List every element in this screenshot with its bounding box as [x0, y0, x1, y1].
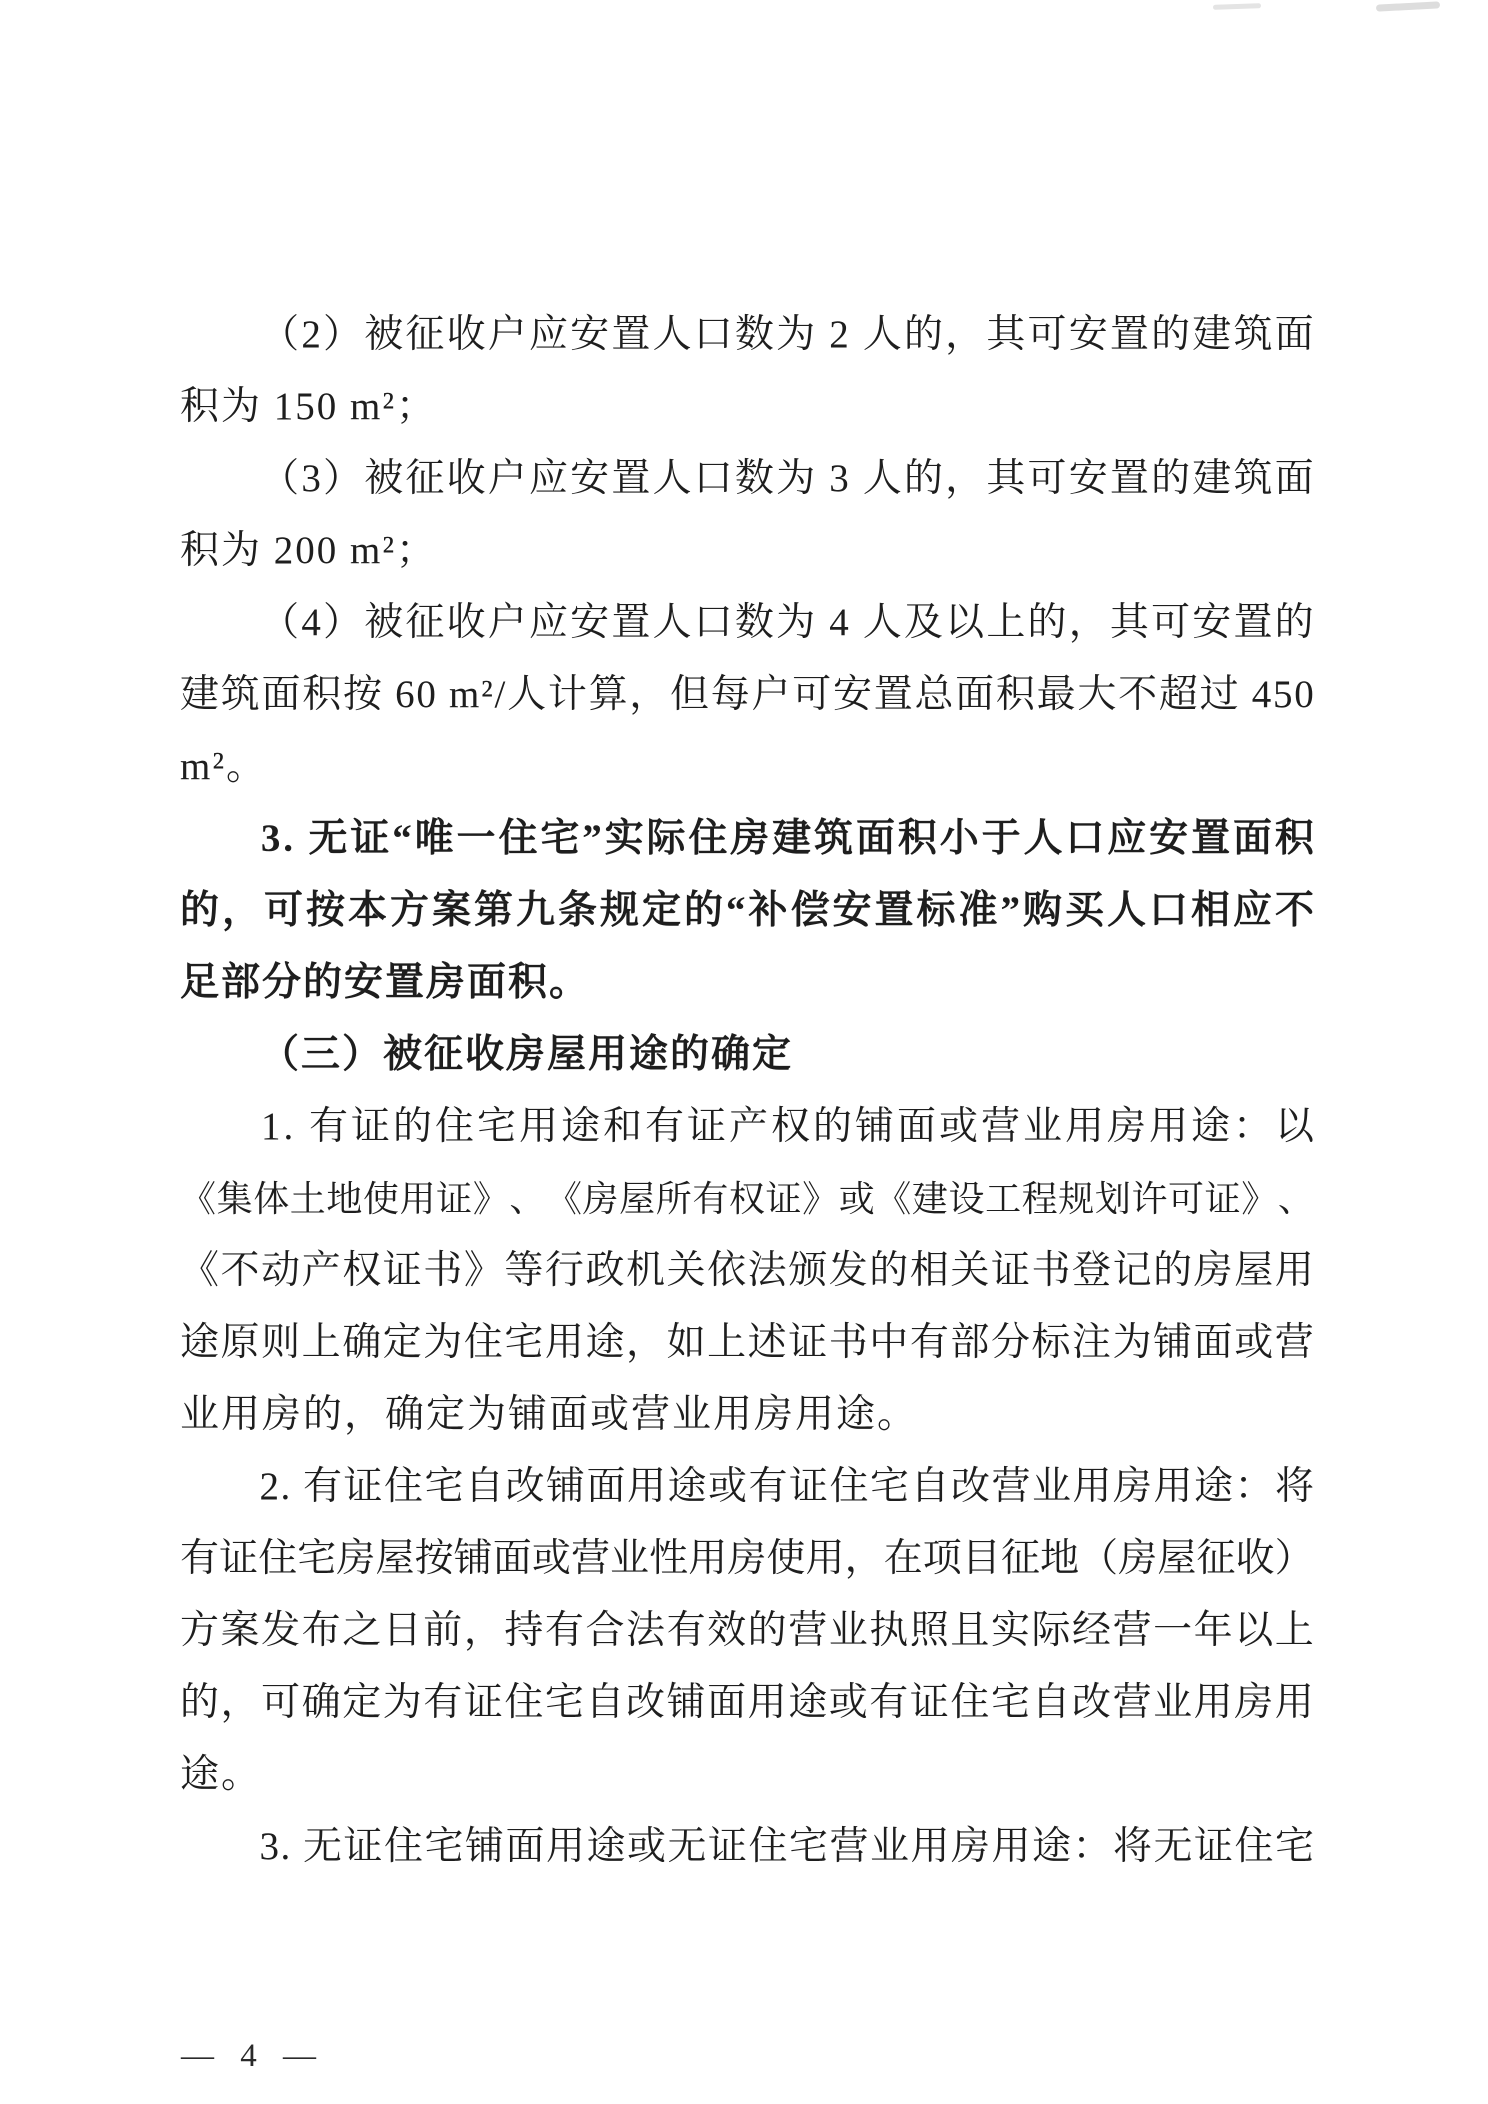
text-line: 有证住宅房屋按铺面或营业性用房使用，在项目征地（房屋征收）: [180, 1523, 1314, 1595]
text-line: 1. 有证的住宅用途和有证产权的铺面或营业用房用途：以: [180, 1091, 1314, 1163]
text-line: （4）被征收户应安置人口数为 4 人及以上的，其可安置的: [180, 587, 1314, 659]
text-line: 积为 150 m²；: [180, 371, 1314, 443]
text-line: 途原则上确定为住宅用途，如上述证书中有部分标注为铺面或营: [180, 1307, 1314, 1379]
text-line: 的，可按本方案第九条规定的“补偿安置标准”购买人口相应不: [180, 875, 1314, 947]
scan-smudge-icon: [1376, 1, 1440, 11]
text-line: 方案发布之日前，持有合法有效的营业执照且实际经营一年以上: [180, 1595, 1314, 1667]
text-line: 途。: [180, 1739, 1314, 1811]
text-line: （三）被征收房屋用途的确定: [180, 1019, 1314, 1091]
text-line: （2）被征收户应安置人口数为 2 人的，其可安置的建筑面: [180, 299, 1314, 371]
text-line: 积为 200 m²；: [180, 515, 1314, 587]
text-line: 3. 无证住宅铺面用途或无证住宅营业用房用途：将无证住宅: [180, 1811, 1314, 1883]
scan-smudge-icon: [1213, 3, 1261, 10]
text-line: 2. 有证住宅自改铺面用途或有证住宅自改营业用房用途：将: [180, 1451, 1314, 1523]
text-line: （3）被征收户应安置人口数为 3 人的，其可安置的建筑面: [180, 443, 1314, 515]
text-line: 《不动产权证书》等行政机关依法颁发的相关证书登记的房屋用: [180, 1235, 1314, 1307]
text-line: m²。: [180, 731, 1314, 803]
page-number: — 4 —: [181, 2030, 321, 2082]
text-line: 建筑面积按 60 m²/人计算，但每户可安置总面积最大不超过 450: [180, 659, 1314, 731]
text-block: （2）被征收户应安置人口数为 2 人的，其可安置的建筑面积为 150 m²；（3…: [180, 299, 1314, 1883]
text-line: 足部分的安置房面积。: [180, 947, 1314, 1019]
document-page: （2）被征收户应安置人口数为 2 人的，其可安置的建筑面积为 150 m²；（3…: [0, 0, 1488, 2104]
text-line: 《集体土地使用证》、《房屋所有权证》或《建设工程规划许可证》、: [180, 1163, 1314, 1235]
text-line: 的，可确定为有证住宅自改铺面用途或有证住宅自改营业用房用: [180, 1667, 1314, 1739]
text-line: 3. 无证“唯一住宅”实际住房建筑面积小于人口应安置面积: [180, 803, 1314, 875]
text-line: 业用房的，确定为铺面或营业用房用途。: [180, 1379, 1314, 1451]
